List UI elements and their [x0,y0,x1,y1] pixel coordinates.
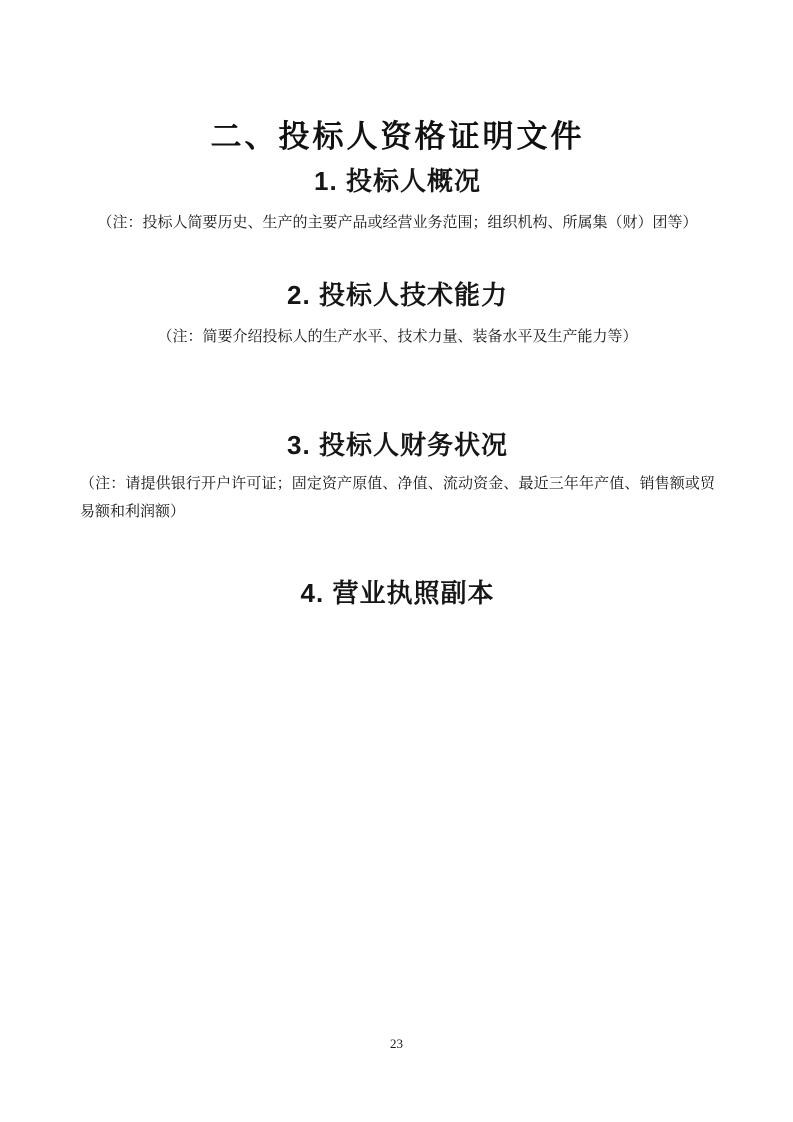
section-3-heading: 3. 投标人财务状况 [80,428,715,462]
section-2-heading: 2. 投标人技术能力 [80,278,715,312]
section-2-note: （注：简要介绍投标人的生产水平、技术力量、装备水平及生产能力等） [80,326,715,348]
section-4-heading: 4. 营业执照副本 [80,576,715,610]
section-business-license: 4. 营业执照副本 [80,576,715,610]
document-title: 二、投标人资格证明文件 [80,118,715,156]
section-financial-status: 3. 投标人财务状况 （注：请提供银行开户许可证；固定资产原值、净值、流动资金、… [80,428,715,526]
section-bidder-overview: 1. 投标人概况 （注：投标人简要历史、生产的主要产品或经营业务范围；组织机构、… [80,164,715,234]
section-1-heading: 1. 投标人概况 [80,164,715,198]
section-technical-capability: 2. 投标人技术能力 （注：简要介绍投标人的生产水平、技术力量、装备水平及生产能… [80,278,715,348]
section-3-note: （注：请提供银行开户许可证；固定资产原值、净值、流动资金、最近三年年产值、销售额… [80,470,715,526]
section-1-note: （注：投标人简要历史、生产的主要产品或经营业务范围；组织机构、所属集（财）团等） [80,212,715,234]
document-page: 二、投标人资格证明文件 1. 投标人概况 （注：投标人简要历史、生产的主要产品或… [0,0,793,1122]
page-number: 23 [0,1036,793,1052]
